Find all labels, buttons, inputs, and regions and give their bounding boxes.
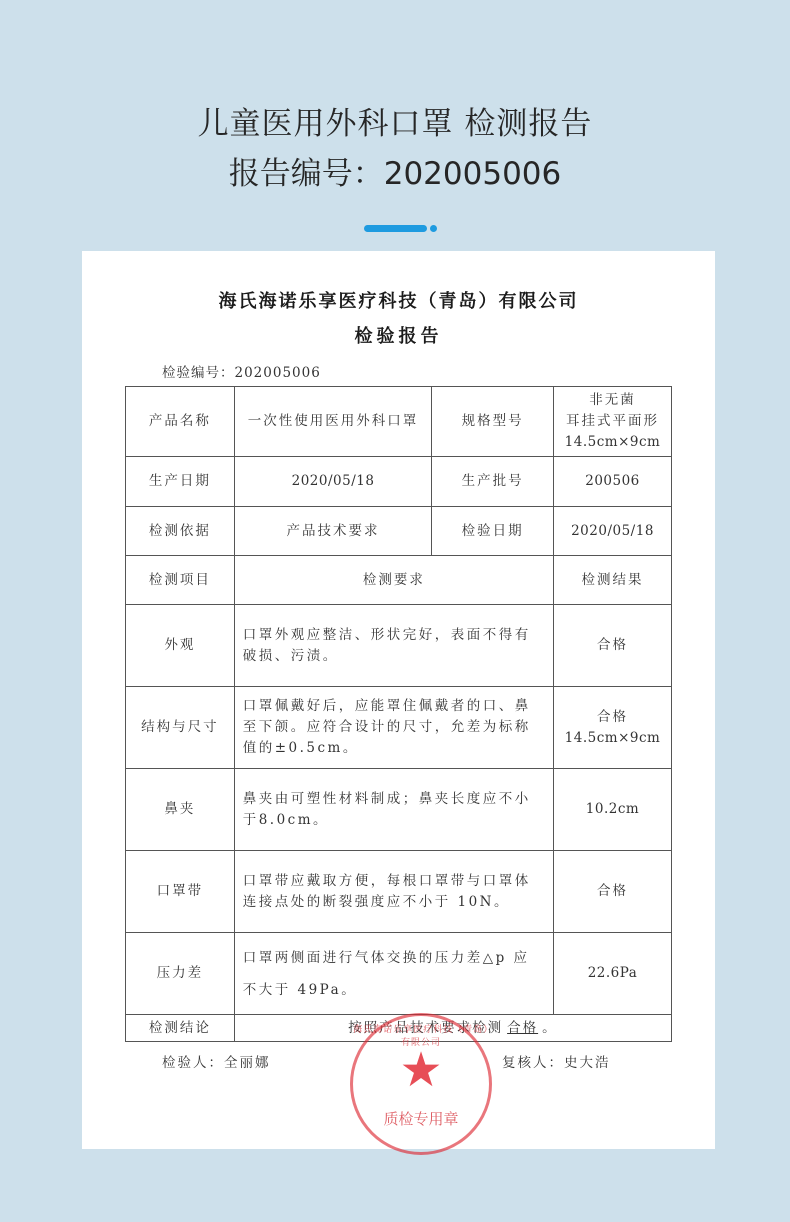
info-row: 检测依据 产品技术要求 检验日期 2020/05/18 [126, 507, 672, 556]
spec-cell: 非无菌 耳挂式平面形 14.5cm×9cm [554, 387, 672, 457]
report-document: 海氏海诺乐享医疗科技（青岛）有限公司 检验报告 检验编号：202005006 产… [82, 251, 715, 1149]
test-item: 口罩带 [126, 851, 235, 933]
value-cell: 200506 [554, 457, 672, 507]
test-requirement: 鼻夹由可塑性材料制成；鼻夹长度应不小于8.0cm。 [234, 769, 553, 851]
header-requirement: 检测要求 [234, 556, 553, 605]
label-cell: 检验日期 [432, 507, 554, 556]
test-row: 鼻夹 鼻夹由可塑性材料制成；鼻夹长度应不小于8.0cm。 10.2cm [126, 769, 672, 851]
divider-dot [430, 225, 437, 232]
quality-seal: 海氏海诺乐享医疗科技（青岛）有限公司 ★ 质检专用章 [350, 1013, 492, 1155]
reviewer: 复核人：史大浩 [502, 1051, 611, 1071]
test-result: 合格 [554, 605, 672, 687]
header-item: 检测项目 [126, 556, 235, 605]
test-requirement: 口罩佩戴好后，应能罩住佩戴者的口、鼻至下颌。应符合设计的尺寸，允差为标称值的±0… [234, 687, 553, 769]
label-cell: 生产批号 [432, 457, 554, 507]
test-requirement: 口罩外观应整洁、形状完好，表面不得有破损、污渍。 [234, 605, 553, 687]
star-icon: ★ [353, 1040, 489, 1100]
test-result: 10.2cm [554, 769, 672, 851]
test-row: 口罩带 口罩带应戴取方便，每根口罩带与口罩体连接点处的断裂强度应不小于 10N。… [126, 851, 672, 933]
info-row: 产品名称 一次性使用医用外科口罩 规格型号 非无菌 耳挂式平面形 14.5cm×… [126, 387, 672, 457]
test-result: 22.6Pa [554, 933, 672, 1015]
conclusion-label: 检测结论 [126, 1015, 235, 1042]
info-row: 生产日期 2020/05/18 生产批号 200506 [126, 457, 672, 507]
test-item: 压力差 [126, 933, 235, 1015]
label-cell: 产品名称 [126, 387, 235, 457]
hero-report-number: 报告编号：202005006 [0, 148, 790, 193]
test-requirement: 口罩带应戴取方便，每根口罩带与口罩体连接点处的断裂强度应不小于 10N。 [234, 851, 553, 933]
test-header-row: 检测项目 检测要求 检测结果 [126, 556, 672, 605]
company-name: 海氏海诺乐享医疗科技（青岛）有限公司 [82, 287, 715, 313]
test-row: 外观 口罩外观应整洁、形状完好，表面不得有破损、污渍。 合格 [126, 605, 672, 687]
header-result: 检测结果 [554, 556, 672, 605]
test-result: 合格 [554, 851, 672, 933]
test-requirement: 口罩两侧面进行气体交换的压力差△p 应不大于 49Pa。 [234, 933, 553, 1015]
report-table: 产品名称 一次性使用医用外科口罩 规格型号 非无菌 耳挂式平面形 14.5cm×… [125, 386, 672, 1042]
seal-center-text: 质检专用章 [353, 1108, 489, 1129]
test-row: 结构与尺寸 口罩佩戴好后，应能罩住佩戴者的口、鼻至下颌。应符合设计的尺寸，允差为… [126, 687, 672, 769]
value-cell: 一次性使用医用外科口罩 [234, 387, 432, 457]
value-cell: 产品技术要求 [234, 507, 432, 556]
inspector: 检验人：全丽娜 [162, 1051, 271, 1071]
value-cell: 2020/05/18 [234, 457, 432, 507]
test-item: 结构与尺寸 [126, 687, 235, 769]
value-cell: 2020/05/18 [554, 507, 672, 556]
inspection-number: 检验编号：202005006 [162, 361, 321, 381]
test-result: 合格 14.5cm×9cm [554, 687, 672, 769]
conclusion-verdict: 合格 [503, 1020, 542, 1036]
section-divider [364, 225, 444, 233]
test-item: 外观 [126, 605, 235, 687]
label-cell: 检测依据 [126, 507, 235, 556]
test-item: 鼻夹 [126, 769, 235, 851]
label-cell: 生产日期 [126, 457, 235, 507]
hero-title: 儿童医用外科口罩 检测报告 [0, 98, 790, 143]
divider-bar [364, 225, 427, 232]
label-cell: 规格型号 [432, 387, 554, 457]
document-title: 检验报告 [82, 322, 715, 348]
test-row: 压力差 口罩两侧面进行气体交换的压力差△p 应不大于 49Pa。 22.6Pa [126, 933, 672, 1015]
